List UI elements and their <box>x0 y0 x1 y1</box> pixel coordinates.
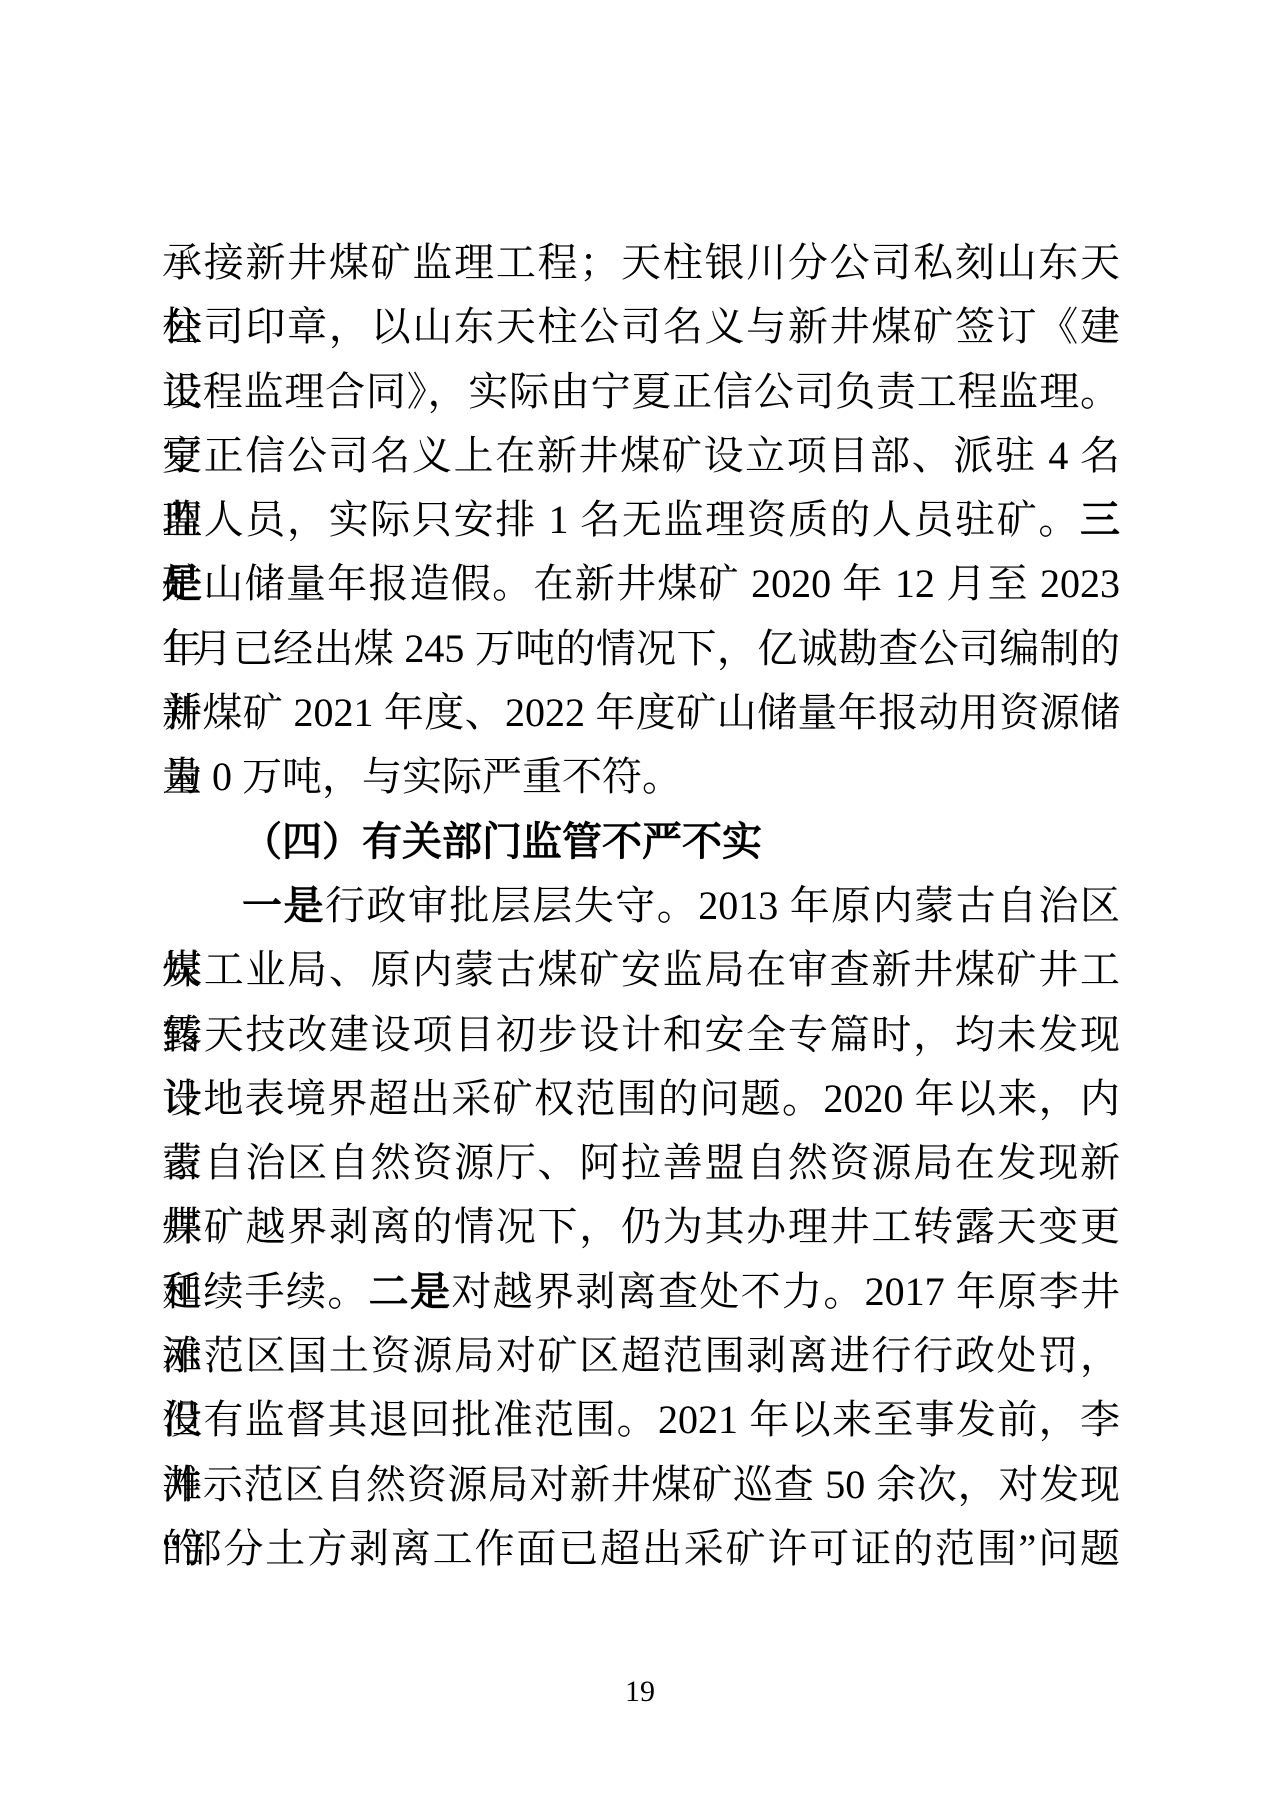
text-line: 1 月已经出煤 245 万吨的情况下，亿诚勘查公司编制的新 <box>162 617 1120 681</box>
text-line: 滩示范区自然资源局对新井煤矿巡查 50 余次，对发现的 <box>162 1453 1120 1517</box>
text-line: 古自治区自然资源厅、阿拉善盟自然资源局在发现新井 <box>162 1131 1120 1195</box>
text-line: 工程监理合同》，实际由宁夏正信公司负责工程监理。宁 <box>162 360 1120 424</box>
page-footer: 19 <box>0 1672 1280 1712</box>
text-line: 一是行政审批层层失守。2013 年原内蒙古自治区煤 <box>162 874 1120 938</box>
text-line: 为 0 万吨，与实际严重不符。 <box>162 745 1120 809</box>
text-line: 计地表境界超出采矿权范围的问题。2020 年以来，内蒙 <box>162 1067 1120 1131</box>
body-text: 延续手续。 <box>162 1269 369 1314</box>
text-line: 承接新井煤矿监理工程；天柱银川分公司私刻山东天柱 <box>162 231 1120 295</box>
page-number: 19 <box>625 1675 655 1708</box>
text-line: 理人员，实际只安排 1 名无监理资质的人员驻矿。三是 <box>162 488 1120 552</box>
text-line: “部分土方剥离工作面已超出采矿许可证的范围”问题 <box>162 1517 1120 1581</box>
text-line: 炭工业局、原内蒙古煤矿安监局在审查新井煤矿井工转 <box>162 938 1120 1002</box>
text-line: 矿山储量年报造假。在新井煤矿 2020 年 12 月至 2023 年 <box>162 552 1120 616</box>
text-line: 井煤矿 2021 年度、2022 年度矿山储量年报动用资源储量 <box>162 681 1120 745</box>
document-body: 承接新井煤矿监理工程；天柱银川分公司私刻山东天柱公司印章，以山东天柱公司名义与新… <box>162 231 1120 1581</box>
text-line: 示范区国土资源局对矿区超范围剥离进行行政处罚，但 <box>162 1324 1120 1388</box>
text-line: 公司印章，以山东天柱公司名义与新井煤矿签订《建设 <box>162 295 1120 359</box>
document-page: 承接新井煤矿监理工程；天柱银川分公司私刻山东天柱公司印章，以山东天柱公司名义与新… <box>0 0 1280 1809</box>
text-line: （四）有关部门监管不严不实 <box>162 810 1120 874</box>
text-line: 露天技改建设项目初步设计和安全专篇时，均未发现设 <box>162 1003 1120 1067</box>
body-text: 理人员，实际只安排 1 名无监理资质的人员驻矿。 <box>162 497 1080 542</box>
text-line: 延续手续。二是对越界剥离查处不力。2017 年原李井滩 <box>162 1260 1120 1324</box>
emphasis-text: 二是 <box>369 1269 452 1314</box>
emphasis-text: （四）有关部门监管不严不实 <box>242 819 762 864</box>
text-line: 煤矿越界剥离的情况下，仍为其办理井工转露天变更和 <box>162 1195 1120 1259</box>
emphasis-text: 一是 <box>242 883 325 928</box>
body-text: 为 0 万吨，与实际严重不符。 <box>162 754 682 799</box>
text-line: 夏正信公司名义上在新井煤矿设立项目部、派驻 4 名监 <box>162 424 1120 488</box>
body-text: “部分土方剥离工作面已超出采矿许可证的范围”问题 <box>162 1526 1120 1571</box>
text-line: 没有监督其退回批准范围。2021 年以来至事发前，李井 <box>162 1388 1120 1452</box>
